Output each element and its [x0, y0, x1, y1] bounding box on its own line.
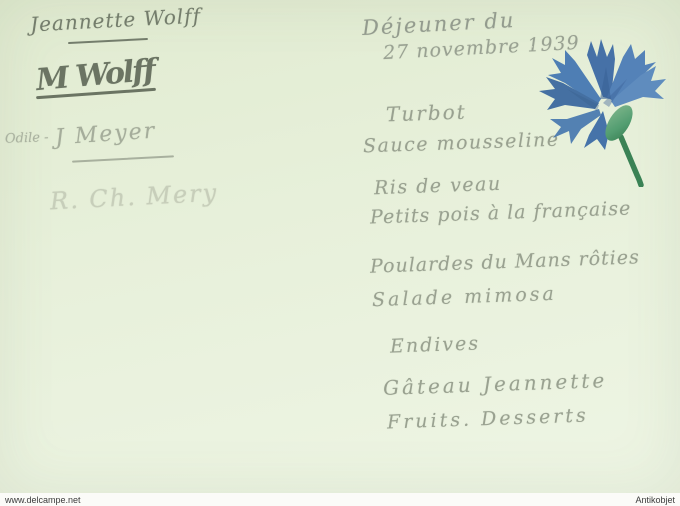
menu-line-fruits-desserts: Fruits. Desserts [387, 404, 589, 433]
menu-line-endives: Endives [390, 332, 481, 357]
watermark-antikobjet: Antikobjet [635, 495, 675, 505]
menu-line-turbot: Turbot [386, 100, 467, 127]
menu-line-gateau-jeannette: Gâteau Jeannette [383, 368, 608, 400]
cornflower-illustration [523, 27, 675, 187]
flower-stem [621, 137, 641, 185]
watermark-delcampe: www.delcampe.net [5, 495, 81, 505]
watermark-strip: www.delcampe.net Antikobjet [0, 493, 680, 506]
menu-title-line1: Déjeuner du [361, 8, 515, 40]
signature-odile-prefix: Odile - [5, 130, 49, 147]
signature-j-meyer: J Meyer [54, 118, 157, 150]
signature-faint: R. Ch. Mery [49, 179, 218, 216]
signature-underline [72, 155, 174, 162]
menu-line-salade-mimosa: Salade mimosa [372, 283, 557, 311]
menu-card: Jeannette Wolff M Wolff Odile - J Meyer … [0, 0, 680, 493]
menu-line-ris-de-veau: Ris de veau [374, 173, 502, 199]
pencil-speck: , [531, 40, 534, 50]
signature-jeannette-wolff: Jeannette Wolff [29, 4, 201, 37]
signature-underline [68, 38, 148, 44]
menu-line-petits-pois: Petits pois à la française [370, 197, 632, 228]
menu-line-poulardes: Poulardes du Mans rôties [370, 246, 640, 277]
